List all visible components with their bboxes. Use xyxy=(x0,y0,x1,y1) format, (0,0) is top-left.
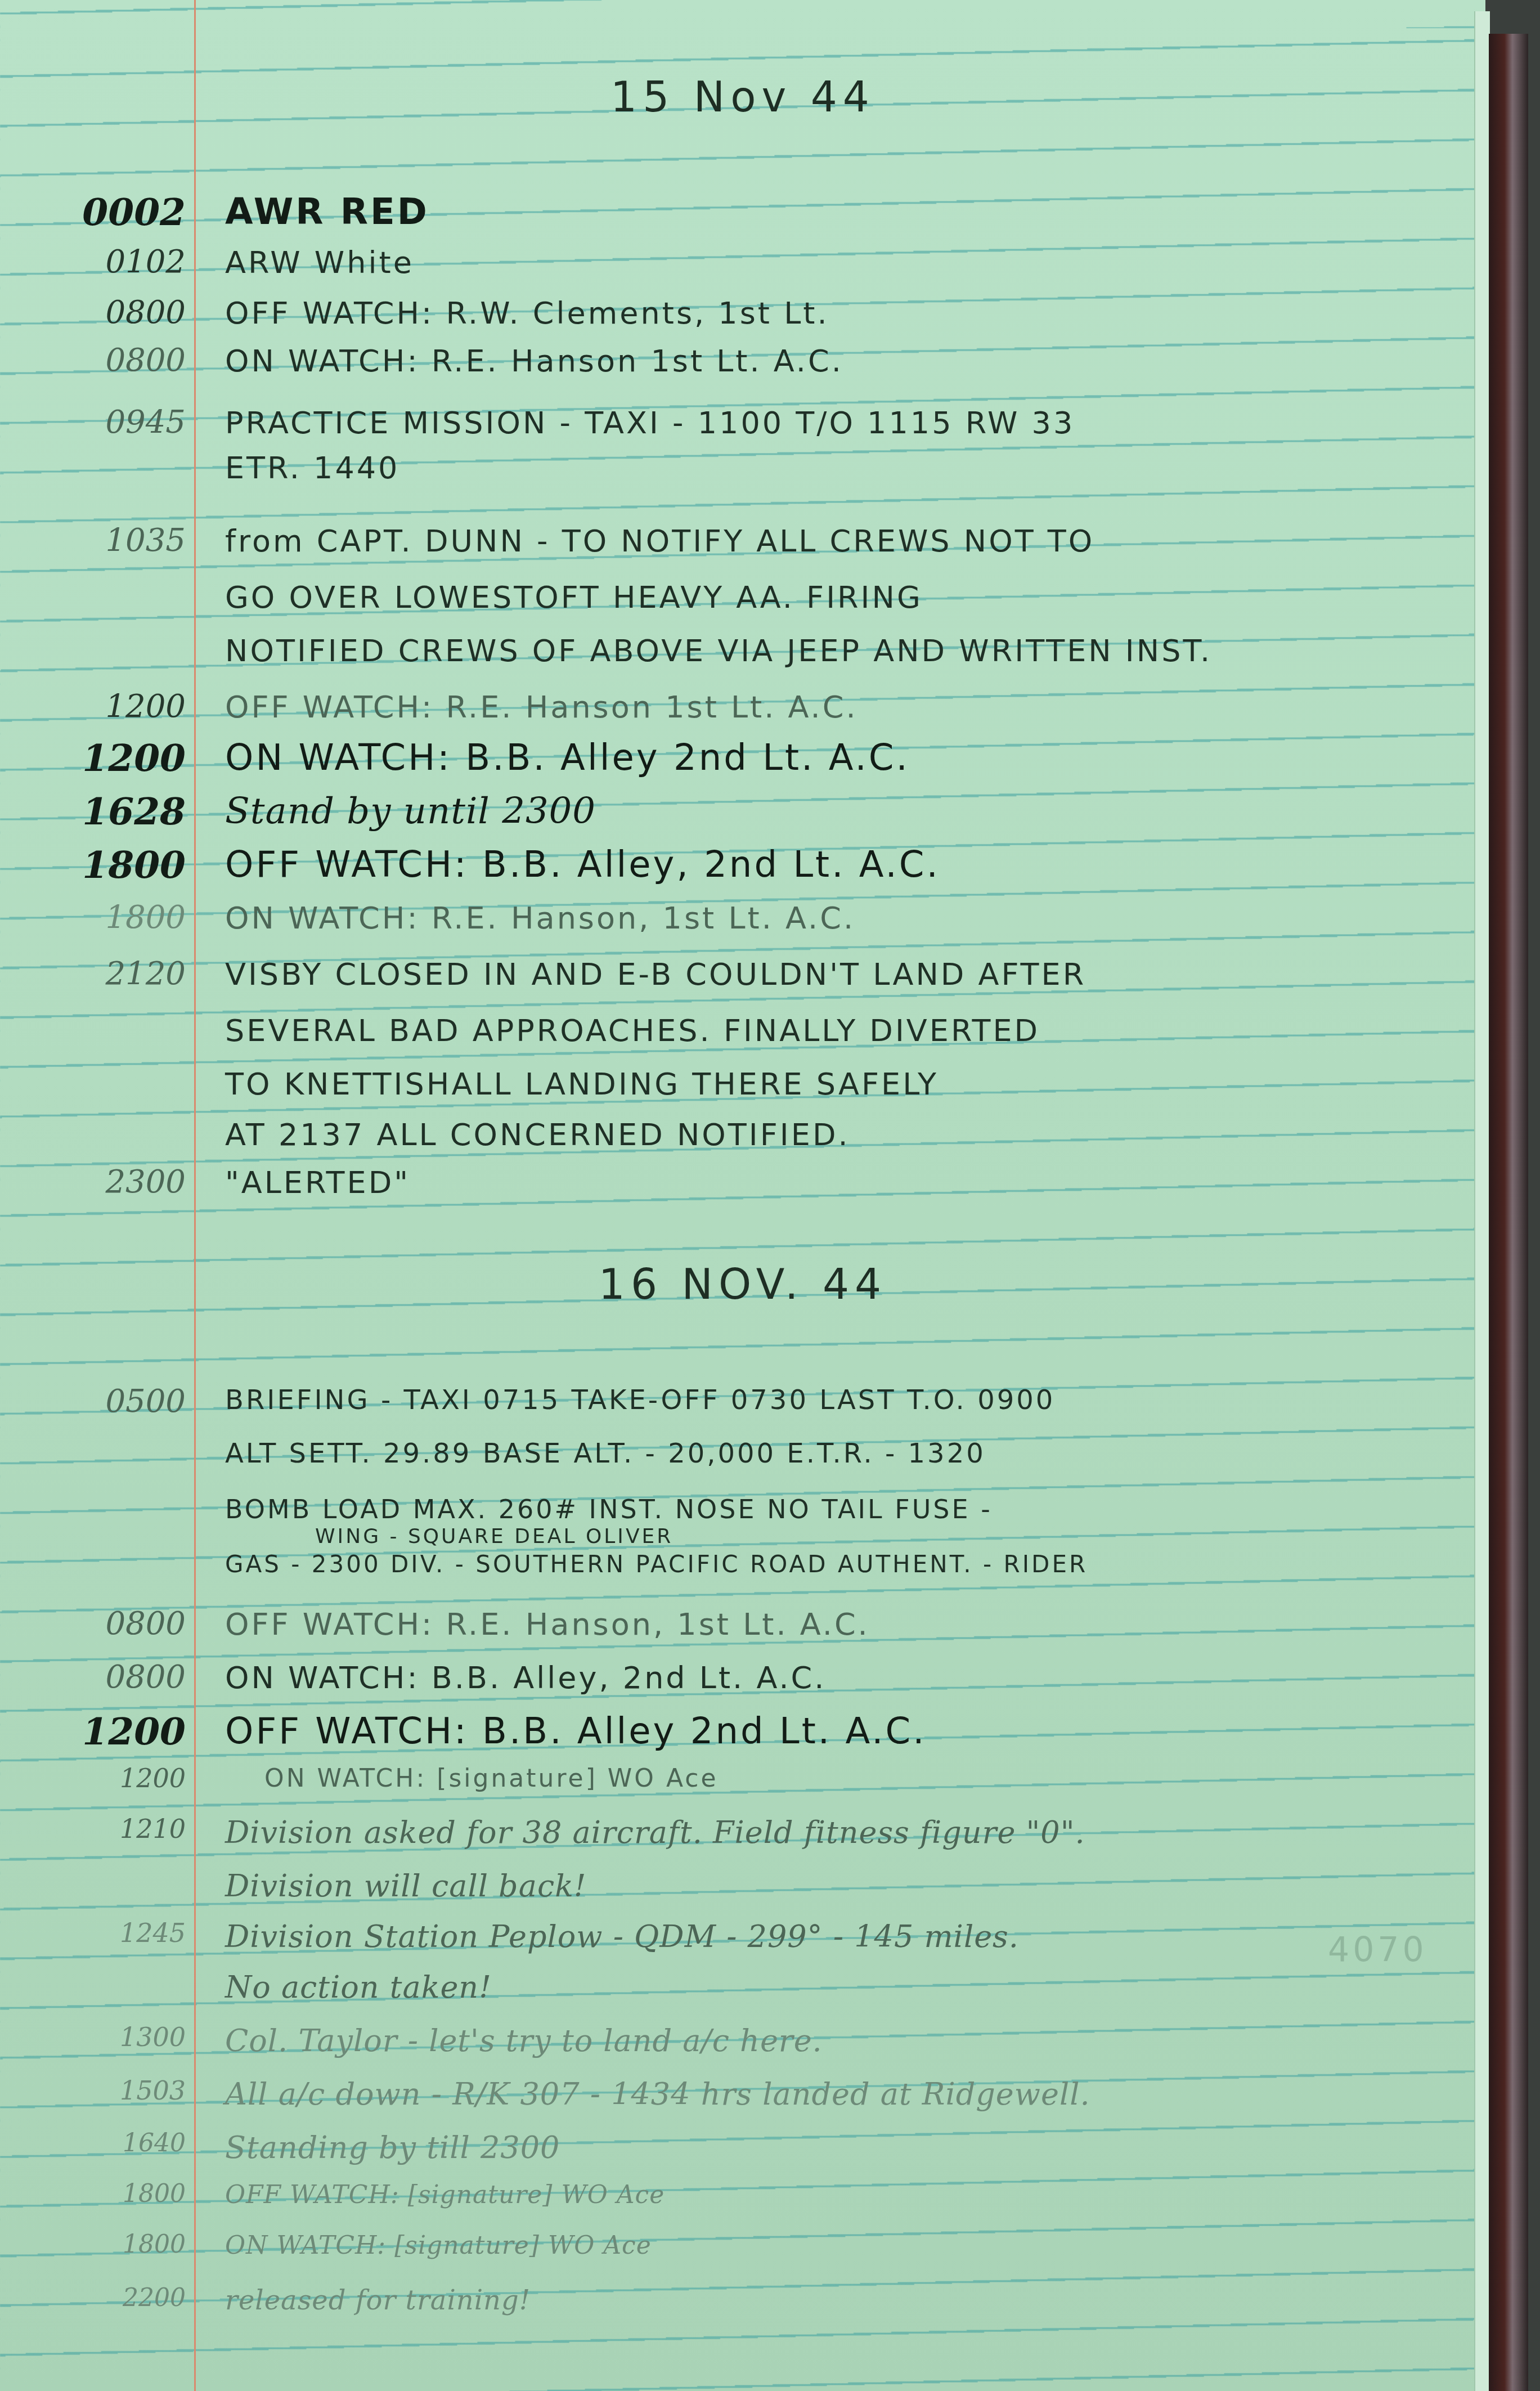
entry-text: SEVERAL BAD APPROACHES. FINALLY DIVERTED xyxy=(225,1013,1440,1048)
entry-text: GAS - 2300 DIV. - SOUTHERN PACIFIC ROAD … xyxy=(225,1550,1440,1578)
log-entry: 1245 Division Station Peplow - QDM - 299… xyxy=(0,1913,1463,1964)
log-entry: 1628 Stand by until 2300 xyxy=(0,785,1463,836)
log-entry: NOTIFIED CREWS OF ABOVE VIA JEEP AND WRI… xyxy=(0,627,1463,678)
entry-time: 1503 xyxy=(68,2075,186,2106)
entry-time: 1800 xyxy=(68,899,186,936)
log-entry: 1035 from CAPT. DUNN - TO NOTIFY ALL CRE… xyxy=(0,518,1463,568)
log-entry: AT 2137 ALL CONCERNED NOTIFIED. xyxy=(0,1111,1463,1162)
log-entry: 1210 Division asked for 38 aircraft. Fie… xyxy=(0,1809,1463,1860)
entry-text: OFF WATCH: R.E. Hanson 1st Lt. A.C. xyxy=(225,689,1440,725)
entry-text: ON WATCH: R.E. Hanson, 1st Lt. A.C. xyxy=(225,900,1440,936)
log-entry: 0500 BRIEFING - TAXI 0715 TAKE-OFF 0730 … xyxy=(0,1379,1463,1429)
log-entry: 0800 ON WATCH: B.B. Alley, 2nd Lt. A.C. xyxy=(0,1654,1463,1705)
log-entry: 0002 AWR RED xyxy=(0,186,1463,236)
entry-text: ALT SETT. 29.89 BASE ALT. - 20,000 E.T.R… xyxy=(225,1438,1440,1469)
log-entry: SEVERAL BAD APPROACHES. FINALLY DIVERTED xyxy=(0,1007,1463,1058)
page-edge xyxy=(1474,11,1490,2391)
entry-time: 1035 xyxy=(68,522,186,559)
entry-time: 1210 xyxy=(68,1814,186,1844)
entry-time: 0800 xyxy=(68,1659,186,1695)
entry-text: from CAPT. DUNN - TO NOTIFY ALL CREWS NO… xyxy=(225,523,1440,559)
log-entry: No action taken! xyxy=(0,1964,1463,2015)
entry-text: ON WATCH: [signature] WO Ace xyxy=(264,1764,1440,1793)
entry-text: AT 2137 ALL CONCERNED NOTIFIED. xyxy=(225,1117,1440,1152)
log-entry: ALT SETT. 29.89 BASE ALT. - 20,000 E.T.R… xyxy=(0,1432,1463,1483)
log-entry: 1300 Col. Taylor - let's try to land a/c… xyxy=(0,2017,1463,2068)
entry-text: ETR. 1440 xyxy=(225,450,1440,486)
entry-text: Standing by till 2300 xyxy=(225,2130,1440,2165)
entry-text: Division will call back! xyxy=(225,1868,1440,1904)
entry-text: BRIEFING - TAXI 0715 TAKE-OFF 0730 LAST … xyxy=(225,1384,1440,1416)
entry-time: 1800 xyxy=(68,2230,186,2259)
log-entry: 1800 ON WATCH: [signature] WO Ace xyxy=(0,2226,1463,2276)
log-entry: 1200 ON WATCH: B.B. Alley 2nd Lt. A.C. xyxy=(0,732,1463,782)
entry-time: 0002 xyxy=(68,190,186,234)
entry-text: ON WATCH: B.B. Alley 2nd Lt. A.C. xyxy=(225,737,1440,779)
entry-text: Division asked for 38 aircraft. Field fi… xyxy=(225,1815,1440,1850)
entry-time: 0945 xyxy=(68,404,186,441)
entry-time: 1200 xyxy=(68,688,186,725)
entry-time: 0800 xyxy=(68,342,186,379)
entry-text: "ALERTED" xyxy=(225,1165,1440,1200)
log-entry: 1503 All a/c down - R/K 307 - 1434 hrs l… xyxy=(0,2071,1463,2121)
date-heading-15-nov: 15 Nov 44 xyxy=(0,73,1485,122)
entry-text: ARW White xyxy=(225,245,1440,280)
log-entry: 2300 "ALERTED" xyxy=(0,1159,1463,1210)
log-entry: 0102 ARW White xyxy=(0,239,1463,290)
entry-time: 1200 xyxy=(68,1710,186,1753)
entry-text: OFF WATCH: R.E. Hanson, 1st Lt. A.C. xyxy=(225,1607,1440,1642)
entry-text: VISBY CLOSED IN AND E-B COULDN'T LAND AF… xyxy=(225,957,1440,992)
entry-text: ON WATCH: B.B. Alley, 2nd Lt. A.C. xyxy=(225,1660,1440,1695)
entry-text: TO KNETTISHALL LANDING THERE SAFELY xyxy=(225,1066,1440,1102)
log-entry: 1640 Standing by till 2300 xyxy=(0,2124,1463,2175)
log-entry: 1800 ON WATCH: R.E. Hanson, 1st Lt. A.C. xyxy=(0,895,1463,945)
entry-text: Division Station Peplow - QDM - 299° - 1… xyxy=(225,1919,1440,1954)
entry-time: 1300 xyxy=(68,2022,186,2052)
entry-time: 1200 xyxy=(68,1763,186,1793)
entry-text: released for training! xyxy=(225,2285,1440,2316)
log-entry: Division will call back! xyxy=(0,1863,1463,1913)
entry-time: 1245 xyxy=(68,1918,186,1948)
log-entry: 2120 VISBY CLOSED IN AND E-B COULDN'T LA… xyxy=(0,951,1463,1002)
entry-time: 0800 xyxy=(68,1605,186,1642)
log-entry: 0800 ON WATCH: R.E. Hanson 1st Lt. A.C. xyxy=(0,338,1463,388)
entry-text: Stand by until 2300 xyxy=(225,791,1440,832)
entry-text: ON WATCH: R.E. Hanson 1st Lt. A.C. xyxy=(225,343,1440,379)
entry-time: 0102 xyxy=(68,244,186,280)
entry-text: OFF WATCH: B.B. Alley 2nd Lt. A.C. xyxy=(225,1711,1440,1752)
entry-text: Col. Taylor - let's try to land a/c here… xyxy=(225,2023,1440,2058)
entry-text: PRACTICE MISSION - TAXI - 1100 T/O 1115 … xyxy=(225,405,1440,441)
entry-text: ON WATCH: [signature] WO Ace xyxy=(225,2231,1440,2260)
log-entry: 0800 OFF WATCH: R.W. Clements, 1st Lt. xyxy=(0,290,1463,340)
entry-time: 1800 xyxy=(68,843,186,887)
date-heading-16-nov: 16 NOV. 44 xyxy=(0,1260,1485,1309)
entry-text: OFF WATCH: B.B. Alley, 2nd Lt. A.C. xyxy=(225,844,1440,886)
log-entry: GAS - 2300 DIV. - SOUTHERN PACIFIC ROAD … xyxy=(0,1545,1463,1595)
entry-text: OFF WATCH: R.W. Clements, 1st Lt. xyxy=(225,295,1440,331)
log-entry: 2200 released for training! xyxy=(0,2279,1463,2330)
log-entry: 0945 PRACTICE MISSION - TAXI - 1100 T/O … xyxy=(0,400,1463,450)
log-entry: 1800 OFF WATCH: B.B. Alley, 2nd Lt. A.C. xyxy=(0,838,1463,889)
entry-time: 2120 xyxy=(68,955,186,992)
log-entry: 1200 OFF WATCH: B.B. Alley 2nd Lt. A.C. xyxy=(0,1705,1463,1756)
entry-time: 2200 xyxy=(68,2284,186,2312)
entry-time: 1640 xyxy=(68,2129,186,2157)
entry-time: 1200 xyxy=(68,736,186,780)
entry-text: OFF WATCH: [signature] WO Ace xyxy=(225,2181,1440,2209)
log-entry: 1200 ON WATCH: [signature] WO Ace xyxy=(0,1759,1463,1809)
log-entry: ETR. 1440 xyxy=(0,445,1463,495)
logbook-page: 15 Nov 44 0002 AWR RED 0102 ARW White 08… xyxy=(0,0,1485,2391)
book-binding xyxy=(1489,34,1528,2391)
entry-time: 2300 xyxy=(68,1164,186,1200)
log-entry: 1200 OFF WATCH: R.E. Hanson 1st Lt. A.C. xyxy=(0,684,1463,734)
entry-text: AWR RED xyxy=(225,191,1440,233)
log-entry: TO KNETTISHALL LANDING THERE SAFELY xyxy=(0,1061,1463,1111)
bleed-through-text: 4070 xyxy=(1328,1930,1427,1970)
entry-text: No action taken! xyxy=(225,1970,1440,2005)
log-entry: 0800 OFF WATCH: R.E. Hanson, 1st Lt. A.C… xyxy=(0,1601,1463,1652)
entry-time: 1628 xyxy=(68,789,186,833)
entry-time: 0500 xyxy=(68,1383,186,1420)
entry-text: NOTIFIED CREWS OF ABOVE VIA JEEP AND WRI… xyxy=(225,633,1440,669)
log-entry: GO OVER LOWESTOFT HEAVY AA. FIRING xyxy=(0,574,1463,625)
entry-time: 1800 xyxy=(68,2179,186,2208)
entry-text: GO OVER LOWESTOFT HEAVY AA. FIRING xyxy=(225,580,1440,615)
log-entry: 1800 OFF WATCH: [signature] WO Ace xyxy=(0,2175,1463,2226)
entry-time: 0800 xyxy=(68,294,186,331)
entry-text: All a/c down - R/K 307 - 1434 hrs landed… xyxy=(225,2076,1440,2112)
